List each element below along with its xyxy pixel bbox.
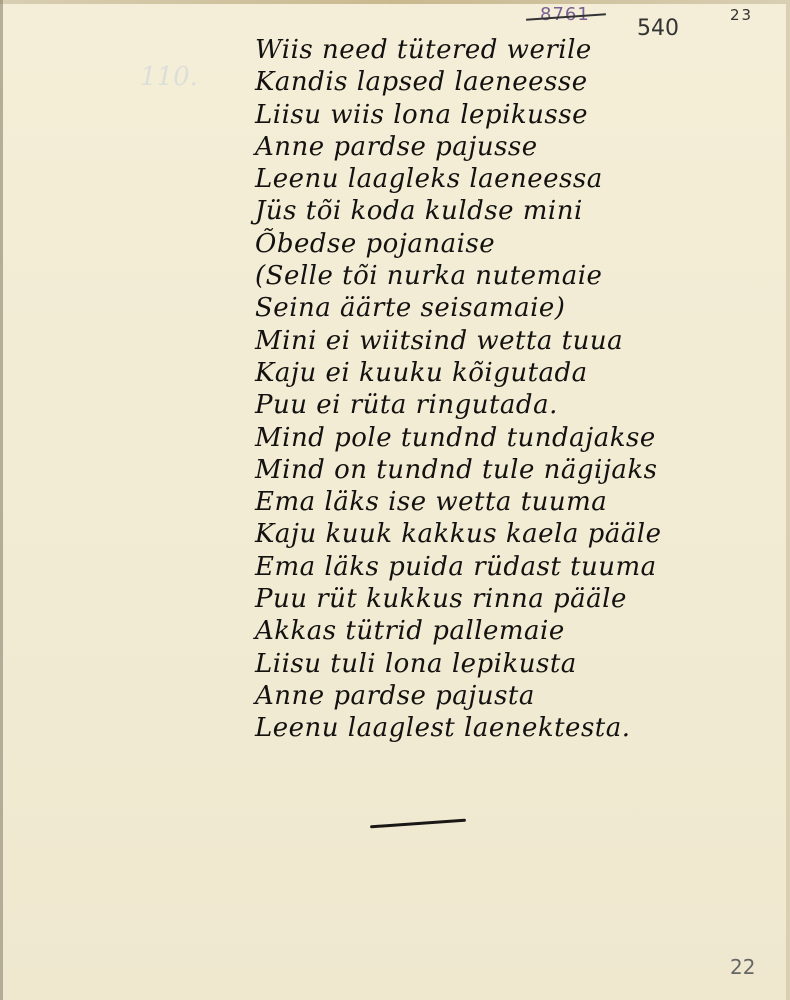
poem-line: Seina äärte seisamaie) (255, 292, 661, 324)
poem-line: Mind pole tundnd tundajakse (255, 422, 661, 454)
poem-line: Kaju kuuk kakkus kaela pääle (255, 518, 661, 550)
poem-line: Liisu tuli lona lepikusta (255, 648, 661, 680)
page-top-edge (0, 0, 790, 4)
poem-line: Mind on tundnd tule nägijaks (255, 454, 661, 486)
poem-line: Kaju ei kuuku kõigutada (255, 357, 661, 389)
poem-line: Õbedse pojanaise (255, 228, 661, 260)
poem-line: Akkas tütrid pallemaie (255, 615, 661, 647)
poem-line: Kandis lapsed laeneesse (255, 66, 661, 98)
page-number-bottom: 22 (730, 955, 755, 979)
page-left-edge (0, 0, 3, 1000)
poem-line: Puu ei rüta ringutada. (255, 389, 661, 421)
end-flourish-line (370, 819, 466, 829)
struck-archive-stamp: 8761 (540, 4, 590, 25)
bleed-through-mark: 110. (140, 62, 198, 92)
poem-line: Mini ei wiitsind wetta tuua (255, 325, 661, 357)
poem-line: Anne pardse pajusta (255, 680, 661, 712)
page-number-top: 23 (730, 6, 753, 24)
poem-line: Ema läks ise wetta tuuma (255, 486, 661, 518)
poem-line: Anne pardse pajusse (255, 131, 661, 163)
poem-text: Wiis need tütered werile Kandis lapsed l… (255, 34, 661, 745)
poem-line: Leenu laagleks laeneessa (255, 163, 661, 195)
poem-line: Leenu laaglest laenektesta. (255, 712, 661, 744)
poem-line: (Selle tõi nurka nutemaie (255, 260, 661, 292)
poem-line: Jüs tõi koda kuldse mini (255, 195, 661, 227)
manuscript-page: 110. 8761 540 23 Wiis need tütered weril… (0, 0, 790, 1000)
page-right-edge (786, 0, 790, 1000)
poem-line: Wiis need tütered werile (255, 34, 661, 66)
poem-line: Liisu wiis lona lepikusse (255, 99, 661, 131)
poem-line: Ema läks puida rüdast tuuma (255, 551, 661, 583)
poem-line: Puu rüt kukkus rinna pääle (255, 583, 661, 615)
